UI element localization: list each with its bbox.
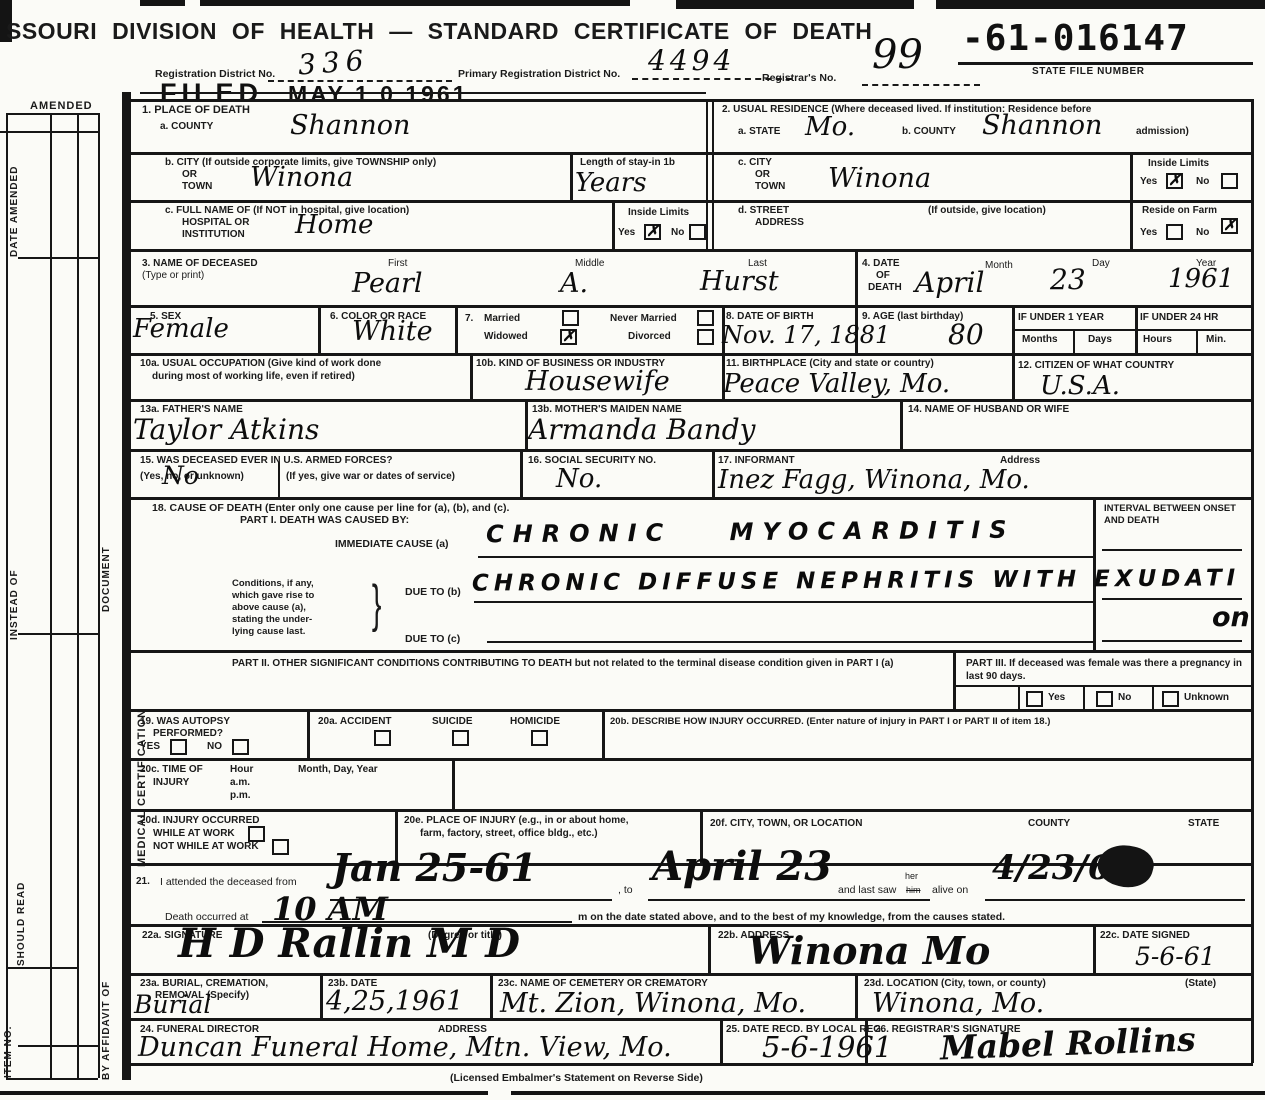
field-14-label: 14. NAME OF HUSBAND OR WIFE	[908, 404, 1069, 415]
divider	[140, 92, 706, 94]
amended-label: AMENDED	[30, 100, 93, 112]
divider	[131, 1063, 1253, 1066]
reside-on-farm-no-checkbox: ✗	[1221, 218, 1238, 234]
field-2b-county-value: Shannon	[982, 110, 1102, 141]
field-23c-value: Mt. Zion, Winona, Mo.	[500, 988, 806, 1019]
divider	[1130, 152, 1133, 200]
divider	[602, 709, 605, 758]
field-18-label: 18. CAUSE OF DEATH (Enter only one cause…	[152, 502, 509, 514]
scan-artifact	[0, 1091, 488, 1095]
field-3-sub: (Type or print)	[142, 270, 204, 281]
part-3-yes-checkbox	[1026, 691, 1043, 707]
field-2d-street-label2: ADDRESS	[755, 217, 804, 228]
divider	[131, 353, 1253, 356]
field-4-month-value: April	[915, 266, 984, 299]
field-6-value: White	[352, 316, 433, 347]
divider	[855, 249, 858, 305]
form-right-border	[1251, 99, 1254, 1063]
field-2a-state-value: Mo.	[805, 112, 855, 142]
field-2a-state-label: a. STATE	[738, 126, 780, 137]
min-label: Min.	[1206, 334, 1226, 345]
fill-line	[648, 899, 930, 901]
part-3-unknown-checkbox	[1162, 691, 1179, 707]
part-2-text: PART II. OTHER SIGNIFICANT CONDITIONS CO…	[232, 657, 947, 670]
field-21-text4: alive on	[932, 884, 968, 896]
state-file-number: -61-016147	[962, 18, 1189, 59]
divider	[1073, 329, 1075, 353]
field-23d-state-label: (State)	[1185, 978, 1216, 989]
field-7-married-label: Married	[484, 313, 520, 324]
field-3-middle-value: A.	[560, 268, 588, 299]
divider	[6, 113, 98, 115]
divider	[720, 1018, 723, 1063]
field-20d-while-checkbox	[248, 826, 265, 842]
divider	[131, 497, 1253, 500]
field-2-label2: admission)	[1136, 126, 1189, 137]
primary-registration-district-value: 4494	[648, 44, 735, 77]
fill-line	[478, 556, 1093, 558]
field-11-label: 11. BIRTHPLACE (City and state or countr…	[726, 358, 934, 369]
sidebar-label-by-affidavit-of: BY AFFIDAVIT OF	[101, 918, 112, 1080]
conditions-note-line: lying cause last.	[232, 626, 305, 637]
field-20e-label2: farm, factory, street, office bldg., etc…	[420, 828, 598, 839]
divider	[131, 449, 1253, 452]
field-20c-hour: Hour	[230, 764, 253, 775]
field-7-never-married-checkbox	[697, 310, 714, 326]
registrar-signature: Mabel Rollins	[939, 1020, 1196, 1068]
inside-limits-2-yes: Yes	[1140, 176, 1157, 187]
field-20c-mdy: Month, Day, Year	[298, 764, 378, 775]
field-20f-county: COUNTY	[1028, 818, 1070, 829]
field-17-value: Inez Fagg, Winona, Mo.	[718, 465, 1030, 495]
field-4-year-value: 1961	[1168, 264, 1234, 294]
immediate-cause-label: IMMEDIATE CAUSE (a)	[335, 538, 449, 550]
scan-artifact	[140, 0, 185, 6]
field-19-no-checkbox	[232, 739, 249, 755]
conditions-note-line: above cause (a),	[232, 602, 306, 613]
field-10a-label2: during most of working life, even if ret…	[152, 371, 355, 382]
field-24-value: Duncan Funeral Home, Mtn. View, Mo.	[138, 1032, 672, 1063]
divider	[1012, 353, 1015, 399]
sidebar-label-medical-certification: MEDICAL CERTIFICATION	[136, 645, 148, 867]
field-21-text1: I attended the deceased from	[160, 876, 297, 888]
scan-artifact	[676, 0, 914, 9]
divider	[307, 709, 310, 758]
divider	[131, 152, 1253, 155]
reside-on-farm-no: No	[1196, 227, 1209, 238]
divider	[1012, 329, 1253, 331]
divider	[712, 449, 715, 497]
page-title: SSOURI DIVISION OF HEALTH — STANDARD CER…	[6, 18, 872, 45]
divider	[18, 633, 98, 635]
divider	[470, 353, 473, 399]
divider	[1083, 685, 1085, 709]
fill-line	[985, 899, 1245, 901]
field-7-married-checkbox	[562, 310, 579, 326]
field-15-note2: (If yes, give war or dates of service)	[286, 471, 455, 482]
divider	[520, 449, 523, 497]
field-20d-not-while-checkbox	[272, 839, 289, 855]
divider	[708, 924, 711, 973]
field-23d-value: Winona, Mo.	[872, 988, 1044, 1019]
divider	[712, 99, 714, 249]
filed-stamp-date: MAY 1 0 1961	[288, 81, 469, 108]
registration-district-value: 336	[297, 44, 371, 82]
divider	[1196, 329, 1198, 353]
field-13b-value: Armanda Bandy	[528, 413, 755, 446]
divider	[98, 113, 100, 1078]
field-20a-accident-checkbox	[374, 730, 391, 746]
field-9-value: 80	[948, 318, 984, 351]
field-12-value: U.S.A.	[1040, 371, 1120, 401]
field-7-never-married-label: Never Married	[610, 313, 677, 324]
physician-signature: H D Rallin M D	[178, 920, 520, 967]
field-1b-town: TOWN	[182, 181, 212, 192]
sidebar-label-item-no: ITEM NO.	[3, 1000, 14, 1078]
field-21-text3: and last saw	[838, 884, 896, 896]
field-4-label2: OF	[876, 270, 890, 281]
field-20f-state: STATE	[1188, 818, 1219, 829]
field-16-value: No.	[556, 464, 602, 494]
divider	[131, 650, 1253, 653]
field-23b-value: 4,25,1961	[326, 986, 463, 1017]
hours-label: Hours	[1143, 334, 1172, 345]
primary-registration-district-label: Primary Registration District No.	[458, 68, 620, 80]
part-3-no-label: No	[1118, 692, 1131, 703]
field-20c-label2: INJURY	[153, 777, 189, 788]
field-20a-suicide-label: SUICIDE	[432, 716, 473, 727]
field-4-label1: 4. DATE	[862, 258, 900, 269]
field-20c-am: a.m.	[230, 777, 250, 788]
field-20a-homicide-checkbox	[531, 730, 548, 746]
field-19-yes: YES	[140, 741, 160, 752]
divider	[1093, 924, 1096, 973]
inside-limits-1-label: Inside Limits	[628, 207, 689, 218]
divider	[6, 967, 77, 969]
field-12-label: 12. CITIZEN OF WHAT COUNTRY	[1018, 360, 1174, 371]
fill-line	[862, 84, 980, 86]
divider	[855, 973, 858, 1018]
field-1-label: 1. PLACE OF DEATH	[142, 104, 250, 116]
divider	[1018, 685, 1020, 709]
field-19-no: NO	[207, 741, 222, 752]
due-to-b-value: CHRONIC DIFFUSE NEPHRITIS WITH EXUDATI	[472, 565, 1240, 596]
conditions-brace: }	[372, 574, 382, 634]
divider	[1130, 200, 1133, 249]
field-2d-note: (If outside, give location)	[928, 205, 1046, 216]
divider	[1152, 685, 1154, 709]
field-21-her: her	[905, 871, 918, 881]
scan-artifact	[936, 0, 1265, 9]
field-2c-or: OR	[755, 169, 770, 180]
field-23a-value: Burial	[134, 990, 211, 1019]
divider	[320, 973, 323, 1018]
divider	[131, 758, 1253, 761]
inside-limits-1-no-checkbox	[689, 224, 706, 240]
inside-limits-1-yes: Yes	[618, 227, 635, 238]
sidebar-label-should-read: SHOULD READ	[16, 848, 27, 966]
divider	[953, 685, 1253, 687]
field-2c-city-label: c. CITY	[738, 157, 772, 168]
divider	[131, 973, 1253, 976]
part-3-unknown-label: Unknown	[1184, 692, 1229, 703]
field-1a-county-label: a. COUNTY	[160, 121, 213, 132]
field-22c-label: 22c. DATE SIGNED	[1100, 930, 1190, 941]
divider	[18, 257, 98, 259]
if-under-24-hr-label: IF UNDER 24 HR	[1140, 312, 1218, 323]
sidebar-label-document: DOCUMENT	[101, 490, 112, 612]
part-3-no-checkbox	[1096, 691, 1113, 707]
reside-on-farm-yes: Yes	[1140, 227, 1157, 238]
divider	[612, 200, 615, 249]
field-10b-value: Housewife	[525, 366, 670, 397]
length-of-stay-label: Length of stay-in 1b	[580, 157, 675, 168]
field-11-value: Peace Valley, Mo.	[723, 369, 950, 399]
field-20c-pm: p.m.	[230, 790, 251, 801]
divider	[278, 462, 280, 497]
registrar-no-value: 99	[872, 32, 923, 78]
field-2c-city-value: Winona	[828, 163, 931, 194]
form-left-border	[122, 92, 131, 1080]
inside-limits-2-label: Inside Limits	[1148, 158, 1209, 169]
field-3-last-value: Hurst	[700, 266, 779, 297]
field-20a-homicide-label: HOMICIDE	[510, 716, 560, 727]
field-20b-label: 20b. DESCRIBE HOW INJURY OCCURRED. (Ente…	[610, 716, 1050, 727]
divider	[18, 1045, 98, 1047]
field-3-label: 3. NAME OF DECEASED	[142, 258, 258, 269]
field-19-label2: PERFORMED?	[153, 728, 223, 739]
field-1c-label3: INSTITUTION	[182, 229, 245, 240]
divider	[131, 809, 1253, 812]
fill-line	[1102, 549, 1242, 551]
interval-label: INTERVAL BETWEEN ONSET AND DEATH	[1104, 503, 1244, 527]
field-4-month-label: Month	[985, 260, 1013, 271]
divider	[900, 399, 903, 449]
divider	[50, 113, 52, 1078]
inside-limits-1-yes-checkbox: ✗	[644, 224, 661, 240]
inside-limits-2-yes-checkbox: ✗	[1166, 173, 1183, 189]
inside-limits-2-no: No	[1196, 176, 1209, 187]
divider	[490, 973, 493, 1018]
field-7-widowed-checkbox: ✗	[560, 329, 577, 345]
field-22b-value: Winona Mo	[748, 928, 990, 973]
field-2c-town: TOWN	[755, 181, 785, 192]
immediate-cause-value: CHRONIC MYOCARDITIS	[486, 516, 1016, 549]
field-19-yes-checkbox	[170, 739, 187, 755]
death-certificate-scan: SSOURI DIVISION OF HEALTH — STANDARD CER…	[0, 0, 1265, 1100]
field-10a-label: 10a. USUAL OCCUPATION (Give kind of work…	[140, 358, 381, 369]
field-4-label3: DEATH	[868, 282, 902, 293]
due-to-b-value-wrap: on	[1212, 602, 1250, 633]
field-4-day-value: 23	[1050, 263, 1086, 296]
state-file-number-label: STATE FILE NUMBER	[1032, 66, 1145, 77]
field-20d-not-while: NOT WHILE AT WORK	[153, 841, 259, 852]
sidebar-label-date-amended: DATE AMENDED	[9, 122, 20, 257]
divider	[706, 99, 708, 249]
field-21-prefix: 21.	[136, 876, 150, 887]
field-3-first-value: Pearl	[352, 268, 423, 299]
fill-line	[1102, 640, 1242, 642]
conditions-note-line: which gave rise to	[232, 590, 314, 601]
reside-on-farm-label: Reside on Farm	[1142, 205, 1217, 216]
field-20e-label1: 20e. PLACE OF INJURY (e.g., in or about …	[404, 815, 628, 826]
length-of-stay-value: Years	[575, 168, 647, 198]
reside-on-farm-yes-checkbox	[1166, 224, 1183, 240]
divider	[570, 152, 573, 200]
field-19-label1: 19. WAS AUTOPSY	[140, 716, 230, 727]
field-1c-label2: HOSPITAL OR	[182, 217, 249, 228]
divider	[131, 305, 1253, 308]
conditions-note-line: stating the under-	[232, 614, 312, 625]
registrar-no-label: Registrar's No.	[762, 72, 836, 84]
fill-line	[487, 641, 1093, 643]
months-label: Months	[1022, 334, 1058, 345]
field-20f-label: 20f. CITY, TOWN, OR LOCATION	[710, 818, 862, 829]
field-23a-label1: 23a. BURIAL, CREMATION,	[140, 978, 268, 989]
divider	[6, 1078, 98, 1080]
field-20a-accident-label: 20a. ACCIDENT	[318, 716, 392, 727]
divider	[6, 113, 8, 1078]
divider	[958, 62, 1253, 65]
field-5-value: Female	[133, 314, 229, 344]
divider	[131, 709, 1253, 712]
field-1b-or: OR	[182, 169, 197, 180]
field-7-widowed-label: Widowed	[484, 331, 528, 342]
field-20a-suicide-checkbox	[452, 730, 469, 746]
part-3-yes-label: Yes	[1048, 692, 1065, 703]
field-21-from-value: Jan 25-61	[332, 845, 537, 890]
fill-line	[474, 601, 1093, 603]
due-to-b-label: DUE TO (b)	[405, 586, 461, 598]
field-21-to-value: April 23	[652, 843, 832, 890]
field-1c-value: Home	[295, 210, 373, 240]
field-21-text6: m on the date stated above, and to the b…	[578, 911, 1005, 923]
field-2b-county-label: b. COUNTY	[902, 126, 956, 137]
divider	[131, 99, 1253, 102]
field-1a-county-value: Shannon	[290, 110, 410, 141]
field-4-day-label: Day	[1092, 258, 1110, 269]
field-7-divorced-checkbox	[697, 329, 714, 345]
field-15-value: No	[162, 461, 199, 490]
scan-artifact	[200, 0, 630, 6]
field-2d-street-label: d. STREET	[738, 205, 789, 216]
divider	[452, 758, 455, 809]
divider	[953, 650, 956, 709]
field-7-prefix: 7.	[465, 313, 473, 324]
part-1-label: PART I. DEATH WAS CAUSED BY:	[240, 514, 409, 526]
field-20d-while: WHILE AT WORK	[153, 828, 235, 839]
fill-line	[1102, 598, 1242, 600]
inside-limits-2-no-checkbox	[1221, 173, 1238, 189]
scan-artifact	[511, 1091, 1265, 1095]
sidebar-label-instead-of: INSTEAD OF	[9, 505, 20, 640]
inside-limits-1-no: No	[671, 227, 684, 238]
field-20c-label1: 20c. TIME OF	[140, 764, 203, 775]
divider	[131, 249, 1253, 252]
divider	[77, 113, 79, 1078]
field-8-value: Nov. 17, 1881	[722, 321, 890, 349]
if-under-1-year-label: IF UNDER 1 YEAR	[1018, 312, 1104, 323]
field-21-him: him	[906, 885, 921, 895]
due-to-c-label: DUE TO (c)	[405, 633, 460, 645]
field-1b-city-value: Winona	[250, 162, 353, 193]
field-25-value: 5-6-1961	[762, 1030, 892, 1064]
days-label: Days	[1088, 334, 1112, 345]
part-3-label: PART III. If deceased was female was the…	[966, 657, 1246, 683]
conditions-note-line: Conditions, if any,	[232, 578, 314, 589]
divider	[318, 305, 321, 353]
field-22c-value: 5-6-61	[1135, 942, 1216, 971]
field-13a-value: Taylor Atkins	[133, 413, 319, 446]
field-7-divorced-label: Divorced	[628, 331, 671, 342]
divider	[455, 305, 458, 353]
divider	[131, 200, 1253, 203]
field-20d-label: 20d. INJURY OCCURRED	[140, 815, 259, 826]
footer-note: (Licensed Embalmer's Statement on Revers…	[450, 1072, 703, 1084]
field-21-text2: , to	[618, 884, 633, 896]
